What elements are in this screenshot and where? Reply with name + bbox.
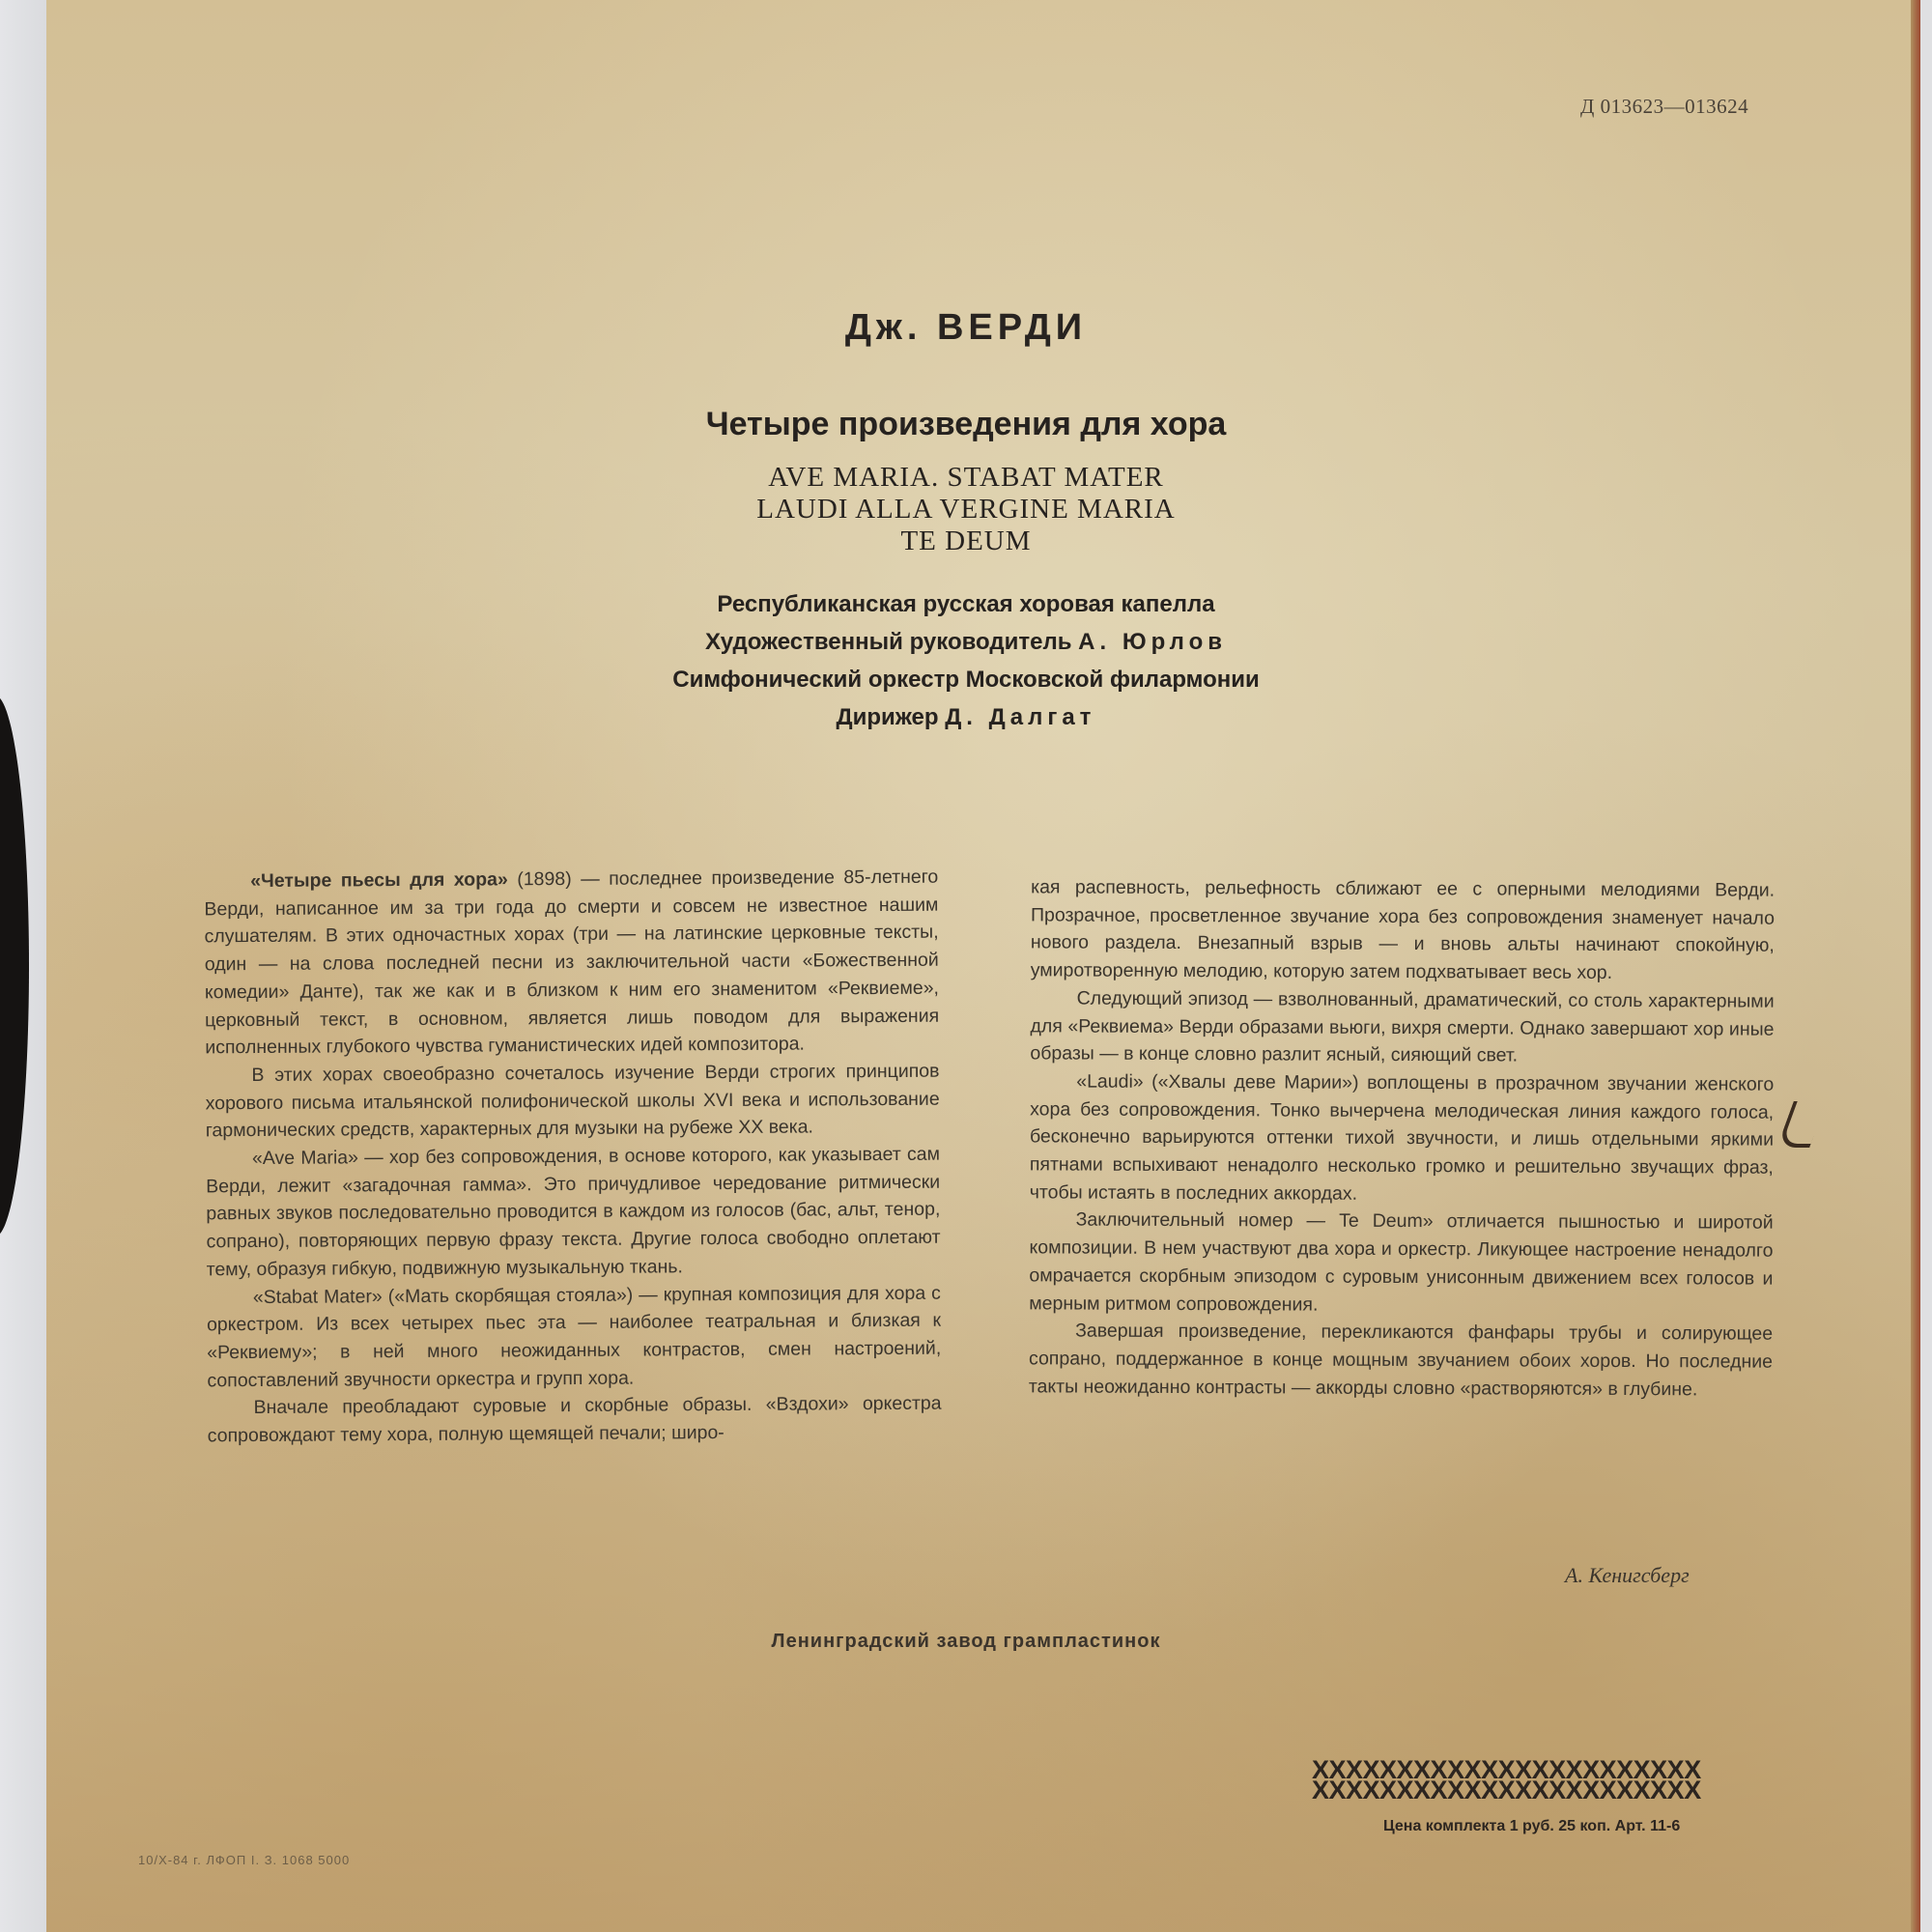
performer-orchestra: Симфонический оркестр Московской филармо… — [0, 661, 1932, 698]
paragraph: «Stabat Mater» («Мать скорбящая стояла»)… — [207, 1279, 942, 1394]
latin-title-line: TE DEUM — [0, 526, 1932, 557]
catalog-number: Д 013623—013624 — [1580, 95, 1748, 119]
liner-notes-right-column: кая распевность, рельефность сближают ее… — [1029, 873, 1775, 1404]
person-name: А. Юрлов — [1078, 629, 1227, 655]
performer-choir: Республиканская русская хоровая капелла — [0, 585, 1932, 623]
work-title-lead: «Четыре пьесы для хора» — [250, 868, 508, 892]
author-signature: А. Кенигсберг — [1565, 1563, 1690, 1588]
paragraph: «Laudi» («Хвалы деве Марии») воплощены в… — [1030, 1067, 1775, 1209]
liner-notes-left-column: «Четыре пьесы для хора» (1898) — последн… — [204, 864, 942, 1450]
print-imprint: 10/X-84 г. ЛФОП I. З. 1068 5000 — [138, 1853, 350, 1867]
paragraph: Заключительный номер — Te Deum» отличает… — [1029, 1207, 1773, 1321]
overprint-line: XXXXXXXXXXXXXXXXXXXXXXX — [1312, 1780, 1701, 1801]
latin-titles: AVE MARIA. STABAT MATER LAUDI ALLA VERGI… — [0, 462, 1932, 557]
work-title: Четыре произведения для хора — [0, 406, 1932, 443]
latin-title-line: LAUDI ALLA VERGINE MARIA — [0, 494, 1932, 526]
paragraph: Следующий эпизод — взволнованный, драмат… — [1030, 984, 1774, 1070]
person-name: Д. Далгат — [945, 704, 1095, 730]
price-overprint: XXXXXXXXXXXXXXXXXXXXXXX XXXXXXXXXXXXXXXX… — [1312, 1760, 1701, 1801]
role-label: Художественный руководитель — [705, 629, 1071, 655]
role-label: Дирижер — [837, 704, 939, 730]
paragraph: В этих хорах своеобразно сочеталось изуч… — [205, 1058, 940, 1146]
paragraph: «Четыре пьесы для хора» (1898) — последн… — [204, 864, 939, 1063]
performers-credits: Республиканская русская хоровая капелла … — [0, 585, 1932, 736]
paragraph: кая распевность, рельефность сближают ее… — [1031, 873, 1775, 987]
performer-conductor: Дирижер Д. Далгат — [0, 698, 1932, 736]
price-label: Цена комплекта 1 руб. 25 коп. Арт. 11-6 — [1383, 1818, 1680, 1835]
composer-name: Дж. ВЕРДИ — [0, 307, 1932, 349]
latin-title-line: AVE MARIA. STABAT MATER — [0, 462, 1932, 494]
manufacturer: Ленинградский завод грампластинок — [0, 1631, 1932, 1653]
paragraph: «Ave Maria» — хор без сопровождения, в о… — [206, 1141, 941, 1284]
performer-artistic-director: Художественный руководитель А. Юрлов — [0, 623, 1932, 661]
paragraph: Вначале преобладают суровые и скорбные о… — [207, 1390, 941, 1450]
paragraph-text: (1898) — последнее произведение 85-летне… — [204, 867, 939, 1059]
paragraph: Завершая произведение, перекликаются фан… — [1029, 1318, 1773, 1404]
